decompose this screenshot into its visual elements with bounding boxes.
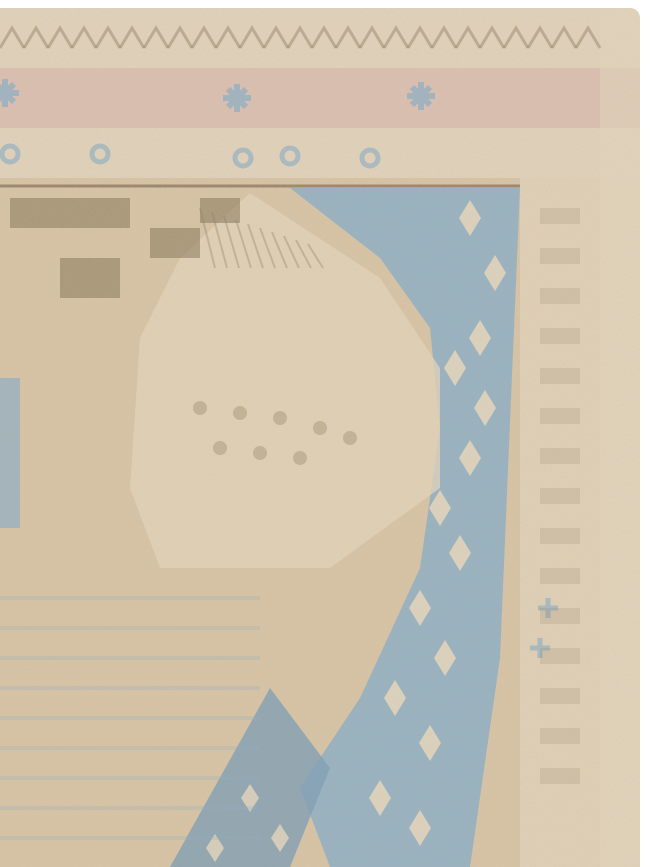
rug-photo	[0, 8, 640, 867]
rug-illustration	[0, 8, 640, 867]
